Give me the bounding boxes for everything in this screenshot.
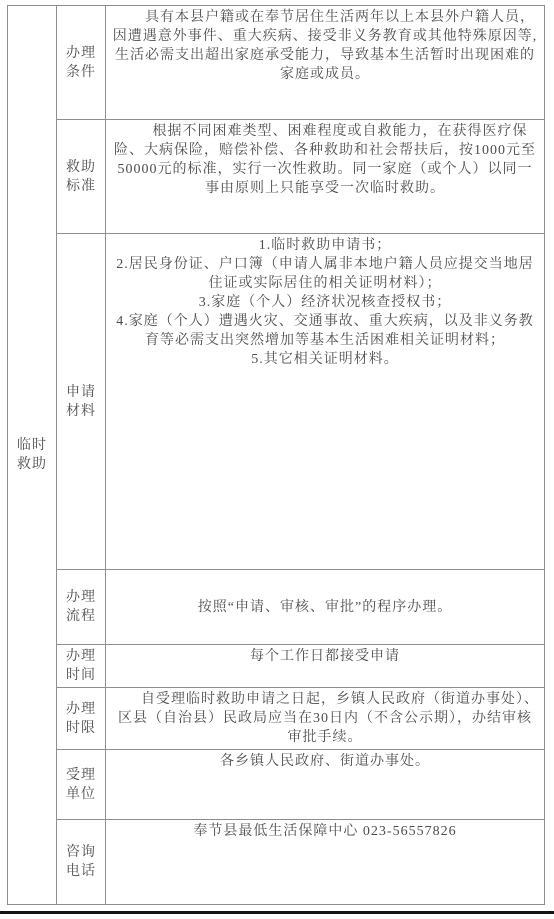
row-label-accepting-unit: 受理 单位 [57,750,106,820]
document-page: 临时 救助 办理 条件 具有本县户籍或在奉节居住生活两年以上本县外户籍人员，因遭… [0,0,554,919]
row-content-time-limit: 自受理临时救助申请之日起，乡镇人民政府（街道办事处）、区县（自治县）民政局应当在… [106,688,545,750]
table-row: 受理 单位 各乡镇人民政府、街道办事处。 [8,750,545,820]
table-row: 办理 流程 按照“申请、审核、审批”的程序办理。 [8,570,545,645]
row-content-accepting-unit: 各乡镇人民政府、街道办事处。 [106,750,545,820]
page-bottom-rule [0,911,554,914]
table-row: 临时 救助 办理 条件 具有本县户籍或在奉节居住生活两年以上本县外户籍人员，因遭… [8,6,545,120]
row-label-time-limit: 办理 时限 [57,688,106,750]
row-content-accept-time: 每个工作日都接受申请 [106,645,545,688]
row-content-phone: 奉节县最低生活保障中心 023-56557826 [106,820,545,905]
row-label-procedure: 办理 流程 [57,570,106,645]
row-label-assistance-standard: 救助 标准 [57,120,106,234]
row-label-conditions: 办理 条件 [57,6,106,120]
service-info-table: 临时 救助 办理 条件 具有本县户籍或在奉节居住生活两年以上本县外户籍人员，因遭… [7,5,545,905]
table-row: 救助 标准 根据不同困难类型、困难程度或自救能力，在获得医疗保险、大病保险，赔偿… [8,120,545,234]
row-label-application-materials: 申请 材料 [57,234,106,570]
row-label-accept-time: 办理 时间 [57,645,106,688]
row-content-procedure: 按照“申请、审核、审批”的程序办理。 [106,570,545,645]
row-content-application-materials: 1.临时救助申请书； 2.居民身份证、户口簿（申请人属非本地户籍人员应提交当地居… [106,234,545,570]
table-row: 申请 材料 1.临时救助申请书； 2.居民身份证、户口簿（申请人属非本地户籍人员… [8,234,545,570]
category-cell-temporary-assistance: 临时 救助 [8,6,57,905]
table-row: 办理 时限 自受理临时救助申请之日起，乡镇人民政府（街道办事处）、区县（自治县）… [8,688,545,750]
table-row: 办理 时间 每个工作日都接受申请 [8,645,545,688]
row-content-assistance-standard: 根据不同困难类型、困难程度或自救能力，在获得医疗保险、大病保险，赔偿补偿、各种救… [106,120,545,234]
row-label-phone: 咨询 电话 [57,820,106,905]
table-row: 咨询 电话 奉节县最低生活保障中心 023-56557826 [8,820,545,905]
row-content-conditions: 具有本县户籍或在奉节居住生活两年以上本县外户籍人员，因遭遇意外事件、重大疾病、接… [106,6,545,120]
